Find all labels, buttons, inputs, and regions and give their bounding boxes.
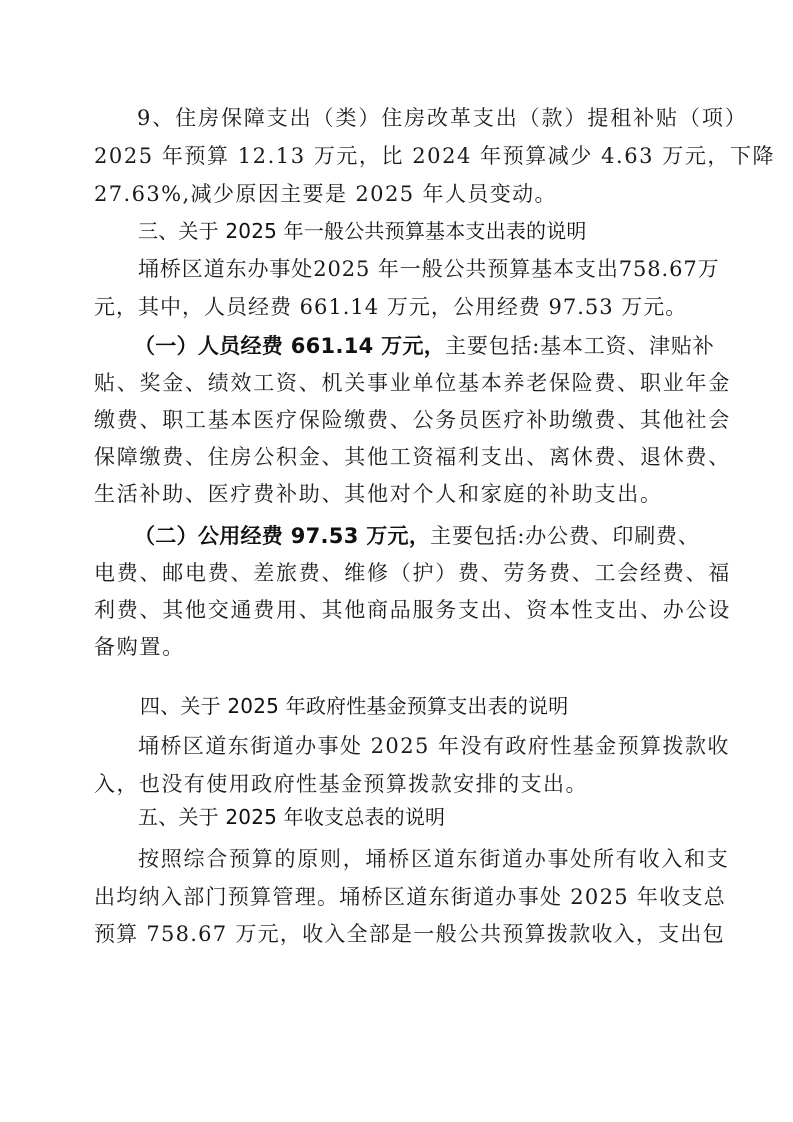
subsection-personnel-title: （一）人员经费 661.14 万元， [134,334,445,358]
item-9-line-1: 9、住房保障支出（类）住房改革支出（款）提租补贴（项） [137,105,748,131]
section-heading-4: 四、关于 2025 年政府性基金预算支出表的说明 [140,693,568,719]
subsection-personnel-line-3: 缴费、职工基本医疗保险缴费、公务员医疗补助缴费、其他社会 [94,407,731,433]
subsection-public-line-2: 电费、邮电费、差旅费、维修（护）费、劳务费、工会经费、福 [94,560,731,586]
subsection-public-text: 主要包括:办公费、印刷费、 [430,524,699,548]
subsection-personnel-line-2: 贴、奖金、绩效工资、机关事业单位基本养老保险费、职业年金 [94,370,731,396]
section-5-body-line-2: 出均纳入部门预算管理。埇桥区道东街道办事处 2025 年收支总 [94,884,726,910]
subsection-public-line-3: 利费、其他交通费用、其他商品服务支出、资本性支出、办公设 [94,597,731,623]
subsection-public-line-4: 备购置。 [94,634,185,660]
section-3-body-line-2: 元，其中，人员经费 661.14 万元，公用经费 97.53 万元。 [94,294,687,320]
section-4-body-line-2: 入，也没有使用政府性基金预算拨款安排的支出。 [94,771,588,797]
section-5-body-line-3: 预算 758.67 万元，收入全部是一般公共预算拨款收入，支出包 [94,921,725,947]
subsection-public-line-1: （二）公用经费 97.53 万元，主要包括:办公费、印刷费、 [134,523,700,549]
section-heading-5: 五、关于 2025 年收支总表的说明 [138,804,445,830]
section-4-body-line-1: 埇桥区道东街道办事处 2025 年没有政府性基金预算拨款收 [138,733,730,759]
section-heading-3: 三、关于 2025 年一般公共预算基本支出表的说明 [138,218,587,244]
document-page: 9、住房保障支出（类）住房改革支出（款）提租补贴（项） 2025 年预算 12.… [0,0,793,1122]
section-5-body-line-1: 按照综合预算的原则，埇桥区道东街道办事处所有收入和支 [138,846,730,872]
subsection-personnel-line-1: （一）人员经费 661.14 万元，主要包括:基本工资、津贴补 [134,333,715,359]
section-3-body-line-1: 埇桥区道东办事处2025 年一般公共预算基本支出758.67万 [138,256,720,282]
subsection-personnel-line-5: 生活补助、医疗费补助、其他对个人和家庭的补助支出。 [94,481,663,507]
item-9-line-3: 27.63%,减少原因主要是 2025 年人员变动。 [94,181,557,207]
item-9-line-2: 2025 年预算 12.13 万元，比 2024 年预算减少 4.63 万元，下… [94,143,775,169]
subsection-personnel-text: 主要包括:基本工资、津贴补 [445,334,714,358]
subsection-personnel-line-4: 保障缴费、住房公积金、其他工资福利支出、离休费、退休费、 [94,444,731,470]
subsection-public-title: （二）公用经费 97.53 万元， [134,524,430,548]
